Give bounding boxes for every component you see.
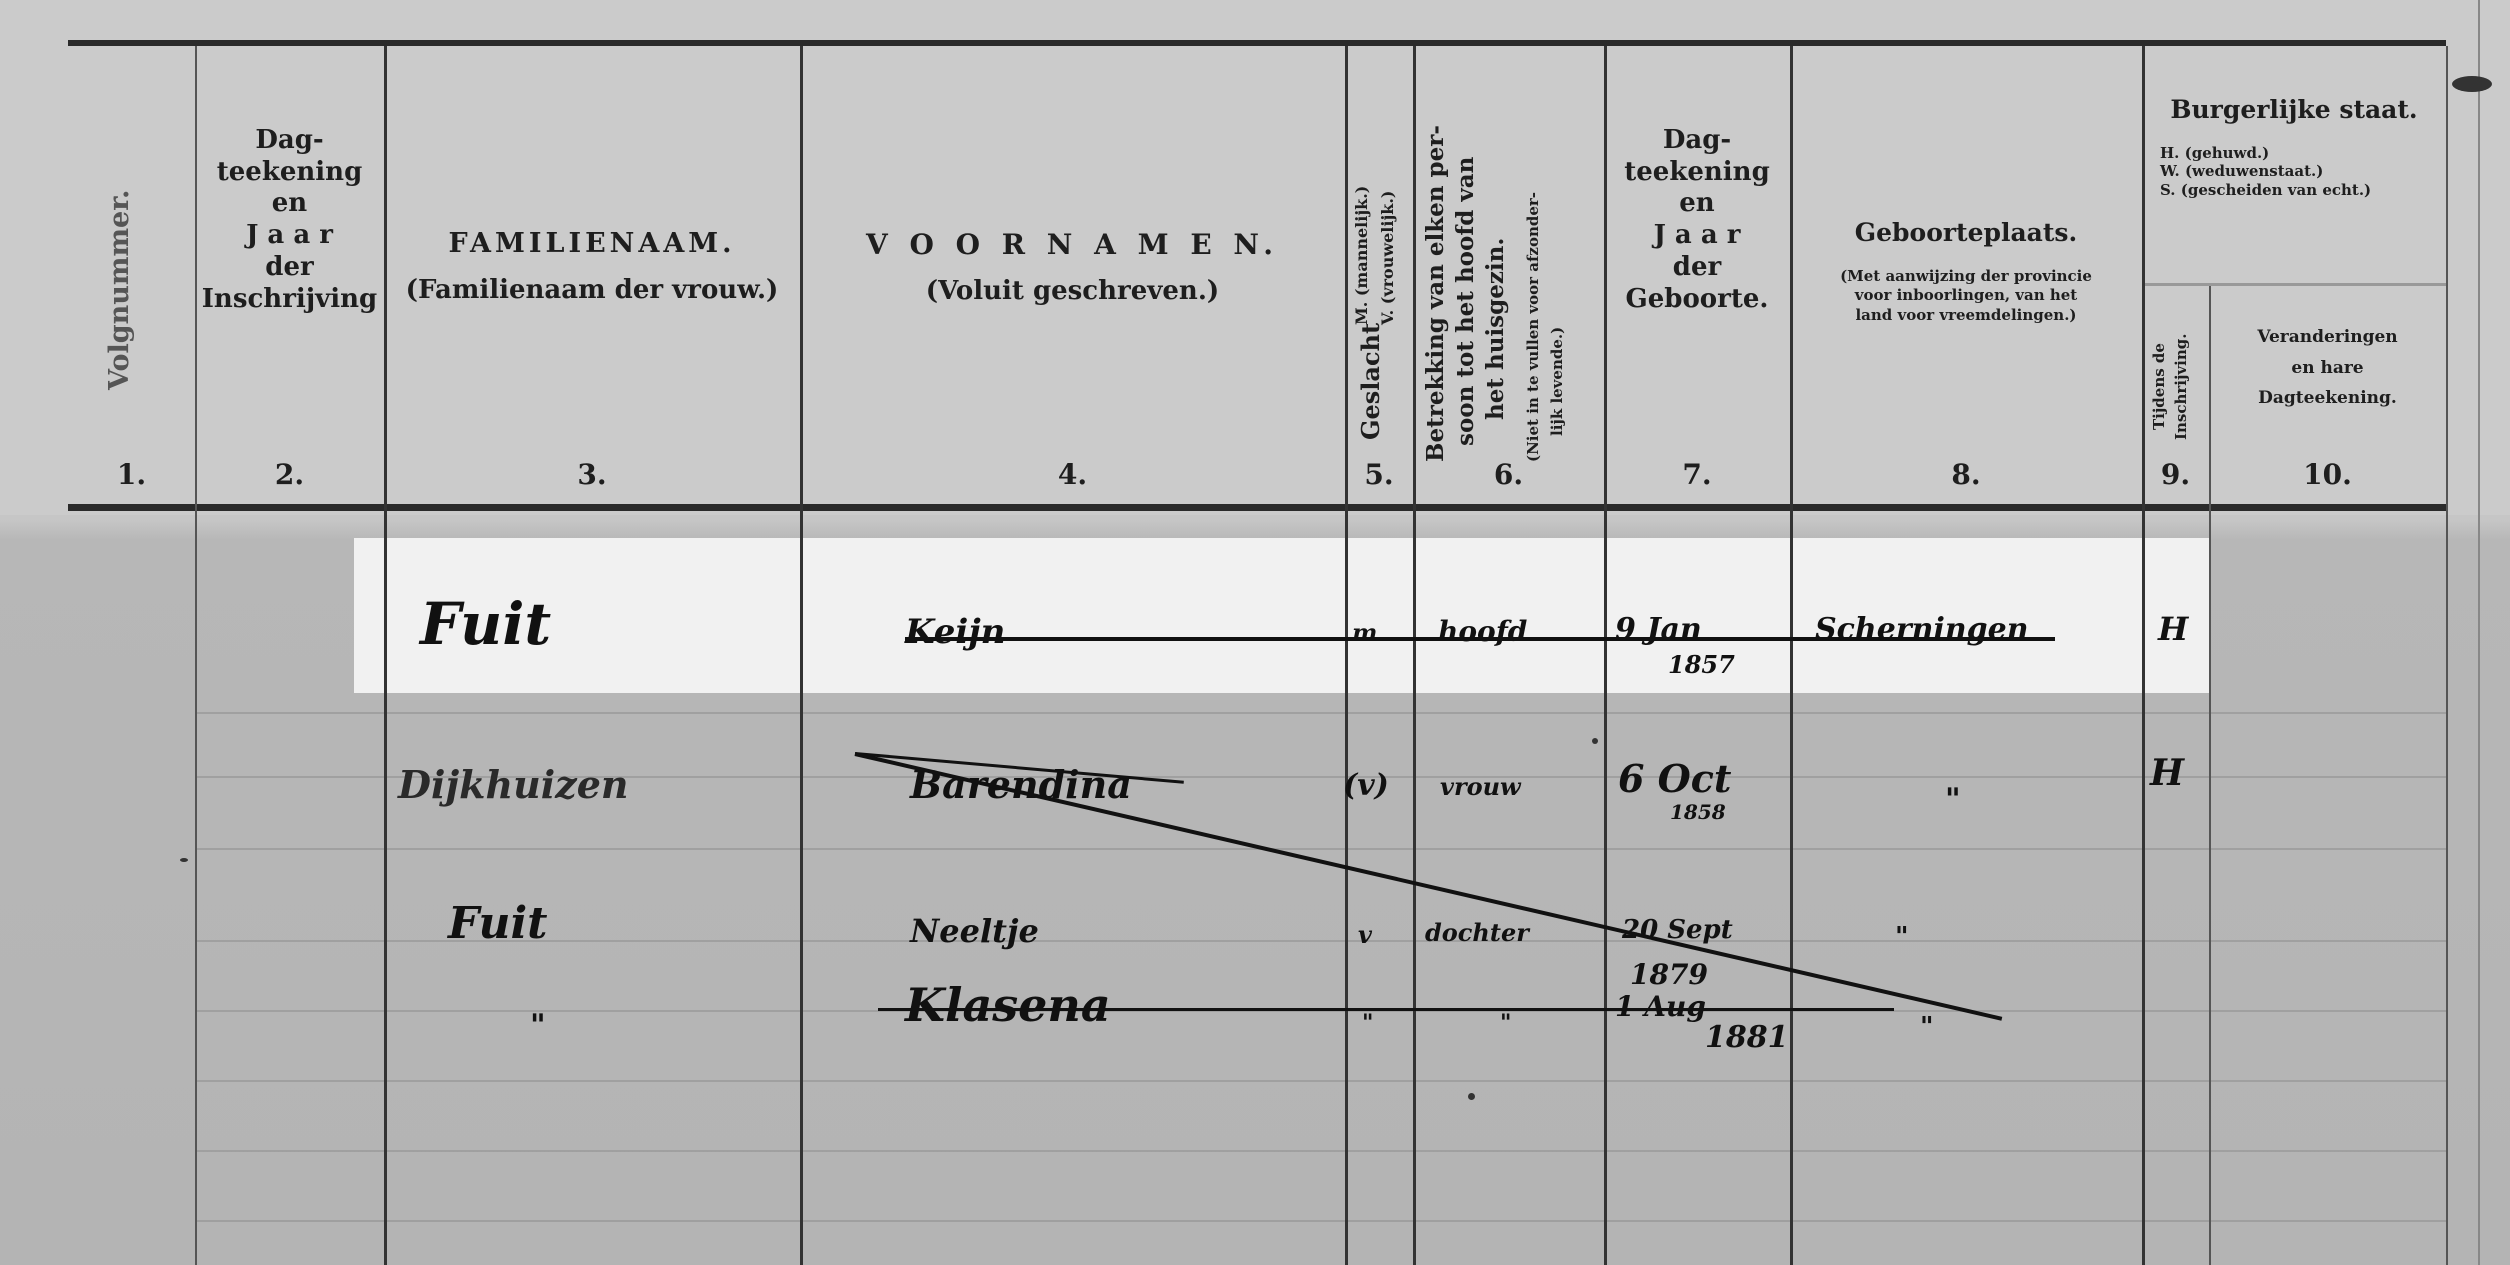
col-divider-right [2446, 46, 2448, 1265]
col-divider-9-10 [2209, 286, 2211, 1265]
cell-geboorteplaats: " [1920, 1012, 1934, 1042]
cell-geboorte-dag: 6 Oct [1618, 756, 1731, 801]
header-geboorteplaats: Geboorteplaats. (Met aanwijzing der prov… [1790, 218, 2142, 325]
row-strikethrough [905, 637, 2055, 641]
header-subtitle: (Voluit geschreven.) [800, 276, 1345, 308]
ink-speck [1592, 738, 1598, 744]
header-line: Dag- [195, 125, 384, 157]
cell-betrekking: hoofd [1438, 615, 1527, 648]
header-line: teekening [195, 157, 384, 189]
header-title: Burgerlijke staat. [2142, 95, 2446, 126]
cell-geboorte-dag: 9 Jan [1615, 612, 1702, 647]
header-geslacht-legend-v: V. (vrouwelijk.) [1378, 191, 1397, 325]
header-line: der [195, 252, 384, 284]
header-betrekking-line3: het huisgezin. [1482, 238, 1509, 420]
ruled-line [195, 1220, 2446, 1222]
header-line: der [1604, 252, 1790, 284]
ruled-line [195, 1080, 2446, 1082]
cell-betrekking: dochter [1425, 918, 1529, 947]
header-line: en [195, 188, 384, 220]
column-number-2: 2. [195, 458, 384, 491]
header-line: J a a r [195, 220, 384, 252]
row-strikethrough [878, 1008, 1894, 1011]
header-title: FAMILIENAAM. [384, 228, 800, 261]
cell-geboorteplaats: " [1945, 782, 1961, 817]
header-legend: H. (gehuwd.) W. (weduwenstaat.) S. (gesc… [2142, 144, 2446, 200]
page-edge-line [2478, 0, 2480, 1265]
header-dagteekening-inschrijving: Dag- teekening en J a a r der Inschrijvi… [195, 125, 384, 315]
top-rule [68, 40, 2446, 46]
cell-geboorte-dag: 1 Aug [1615, 990, 1706, 1023]
header-line: Geboorte. [1604, 284, 1790, 316]
cell-voornamen: Neeltje [910, 912, 1039, 950]
ruled-line [195, 712, 2446, 714]
cell-geslacht: v [1358, 920, 1372, 949]
header-betrekking-line2: soon tot het hoofd van [1452, 157, 1479, 446]
column-number-3: 3. [384, 458, 800, 491]
register-page: Volgnummer. Dag- teekening en J a a r de… [0, 0, 2510, 1265]
ruled-line [195, 1150, 2446, 1152]
cell-familienaam: Fuit [420, 590, 551, 658]
cell-geboorte-jaar: 1881 [1705, 1020, 1789, 1055]
column-number-9: 9. [2142, 458, 2209, 491]
header-tijdens-line1: Tijdens de [2150, 343, 2168, 430]
header-line: land voor vreemdelingen.) [1790, 306, 2142, 326]
cell-geboorte-dag: 20 Sept [1622, 915, 1733, 945]
header-voornamen: V O O R N A M E N. (Voluit geschreven.) [800, 228, 1345, 308]
header-line: J a a r [1604, 220, 1790, 252]
column-number-10: 10. [2209, 458, 2446, 491]
legend-line: S. (gescheiden van echt.) [2160, 181, 2446, 200]
header-bottom-rule [68, 504, 2446, 511]
cell-familienaam: Fuit [448, 898, 548, 949]
col-divider-4-5 [1345, 46, 1348, 1265]
cell-familienaam: Dijkhuizen [398, 762, 629, 807]
cell-geboorte-jaar: 1857 [1668, 650, 1735, 679]
header-line: (Met aanwijzing der provincie [1790, 267, 2142, 287]
header-line: Dag- [1604, 125, 1790, 157]
col-divider-5-6 [1413, 46, 1416, 1265]
header-betrekking-line1: Betrekking van elken per- [1422, 125, 1449, 462]
burgerlijke-staat-divider [2142, 283, 2446, 286]
ink-blot [2452, 76, 2492, 92]
cell-geslacht: " [1362, 1010, 1373, 1036]
cell-betrekking: vrouw [1440, 772, 1521, 801]
column-number-6: 6. [1413, 458, 1604, 491]
header-subtitle: (Met aanwijzing der provincie voor inboo… [1790, 267, 2142, 326]
header-line: Inschrijving [195, 284, 384, 316]
cell-geboorte-jaar: 1879 [1630, 958, 1708, 991]
header-veranderingen: Veranderingen en hare Dagteekening. [2209, 322, 2446, 414]
header-title: Geboorteplaats. [1790, 218, 2142, 249]
cell-geboorteplaats: " [1895, 922, 1909, 952]
col-divider-8-9 [2142, 46, 2145, 1265]
cell-geboorte-jaar: 1858 [1670, 800, 1726, 824]
ink-speck [1468, 1093, 1475, 1100]
header-line: voor inboorlingen, van het [1790, 286, 2142, 306]
header-line: Veranderingen [2209, 322, 2446, 353]
ruled-line [195, 848, 2446, 850]
legend-line: W. (weduwenstaat.) [2160, 162, 2446, 181]
cell-geslacht: (v) [1343, 768, 1389, 803]
header-subtitle: (Familienaam der vrouw.) [384, 275, 800, 307]
header-geslacht: Geslacht [1356, 323, 1385, 440]
header-burgerlijke-staat: Burgerlijke staat. H. (gehuwd.) W. (wedu… [2142, 95, 2446, 200]
cell-geboorteplaats: Scherningen [1815, 612, 2029, 647]
cell-geslacht: m [1352, 618, 1377, 647]
cell-burgerlijke-staat: H [2150, 752, 2184, 794]
header-betrekking-line5: lijk levende.) [1548, 327, 1566, 436]
column-number-8: 8. [1790, 458, 2142, 491]
header-line: teekening [1604, 157, 1790, 189]
cell-burgerlijke-staat: H [2158, 610, 2188, 648]
column-number-5: 5. [1345, 458, 1413, 491]
header-line: en [1604, 188, 1790, 220]
header-line: en hare [2209, 353, 2446, 384]
header-geslacht-legend-m: M. (mannelijk.) [1352, 186, 1371, 325]
header-title: V O O R N A M E N. [800, 228, 1345, 262]
cell-familienaam: " [530, 1008, 546, 1043]
ink-speck [180, 858, 188, 862]
legend-line: H. (gehuwd.) [2160, 144, 2446, 163]
header-volgnummer: Volgnummer. [104, 190, 135, 390]
header-line: Dagteekening. [2209, 383, 2446, 414]
column-number-7: 7. [1604, 458, 1790, 491]
header-dagteekening-geboorte: Dag- teekening en J a a r der Geboorte. [1604, 125, 1790, 315]
header-familienaam: FAMILIENAAM. (Familienaam der vrouw.) [384, 228, 800, 307]
column-number-4: 4. [800, 458, 1345, 491]
header-tijdens-line2: Inschrijving. [2172, 334, 2190, 440]
header-betrekking-line4: (Niet in te vullen voor afzonder- [1524, 192, 1542, 462]
cell-voornamen: Klasena [905, 978, 1111, 1032]
cell-betrekking: " [1500, 1010, 1511, 1036]
column-number-1: 1. [68, 458, 195, 491]
cell-voornamen: Keijn [905, 612, 1005, 652]
